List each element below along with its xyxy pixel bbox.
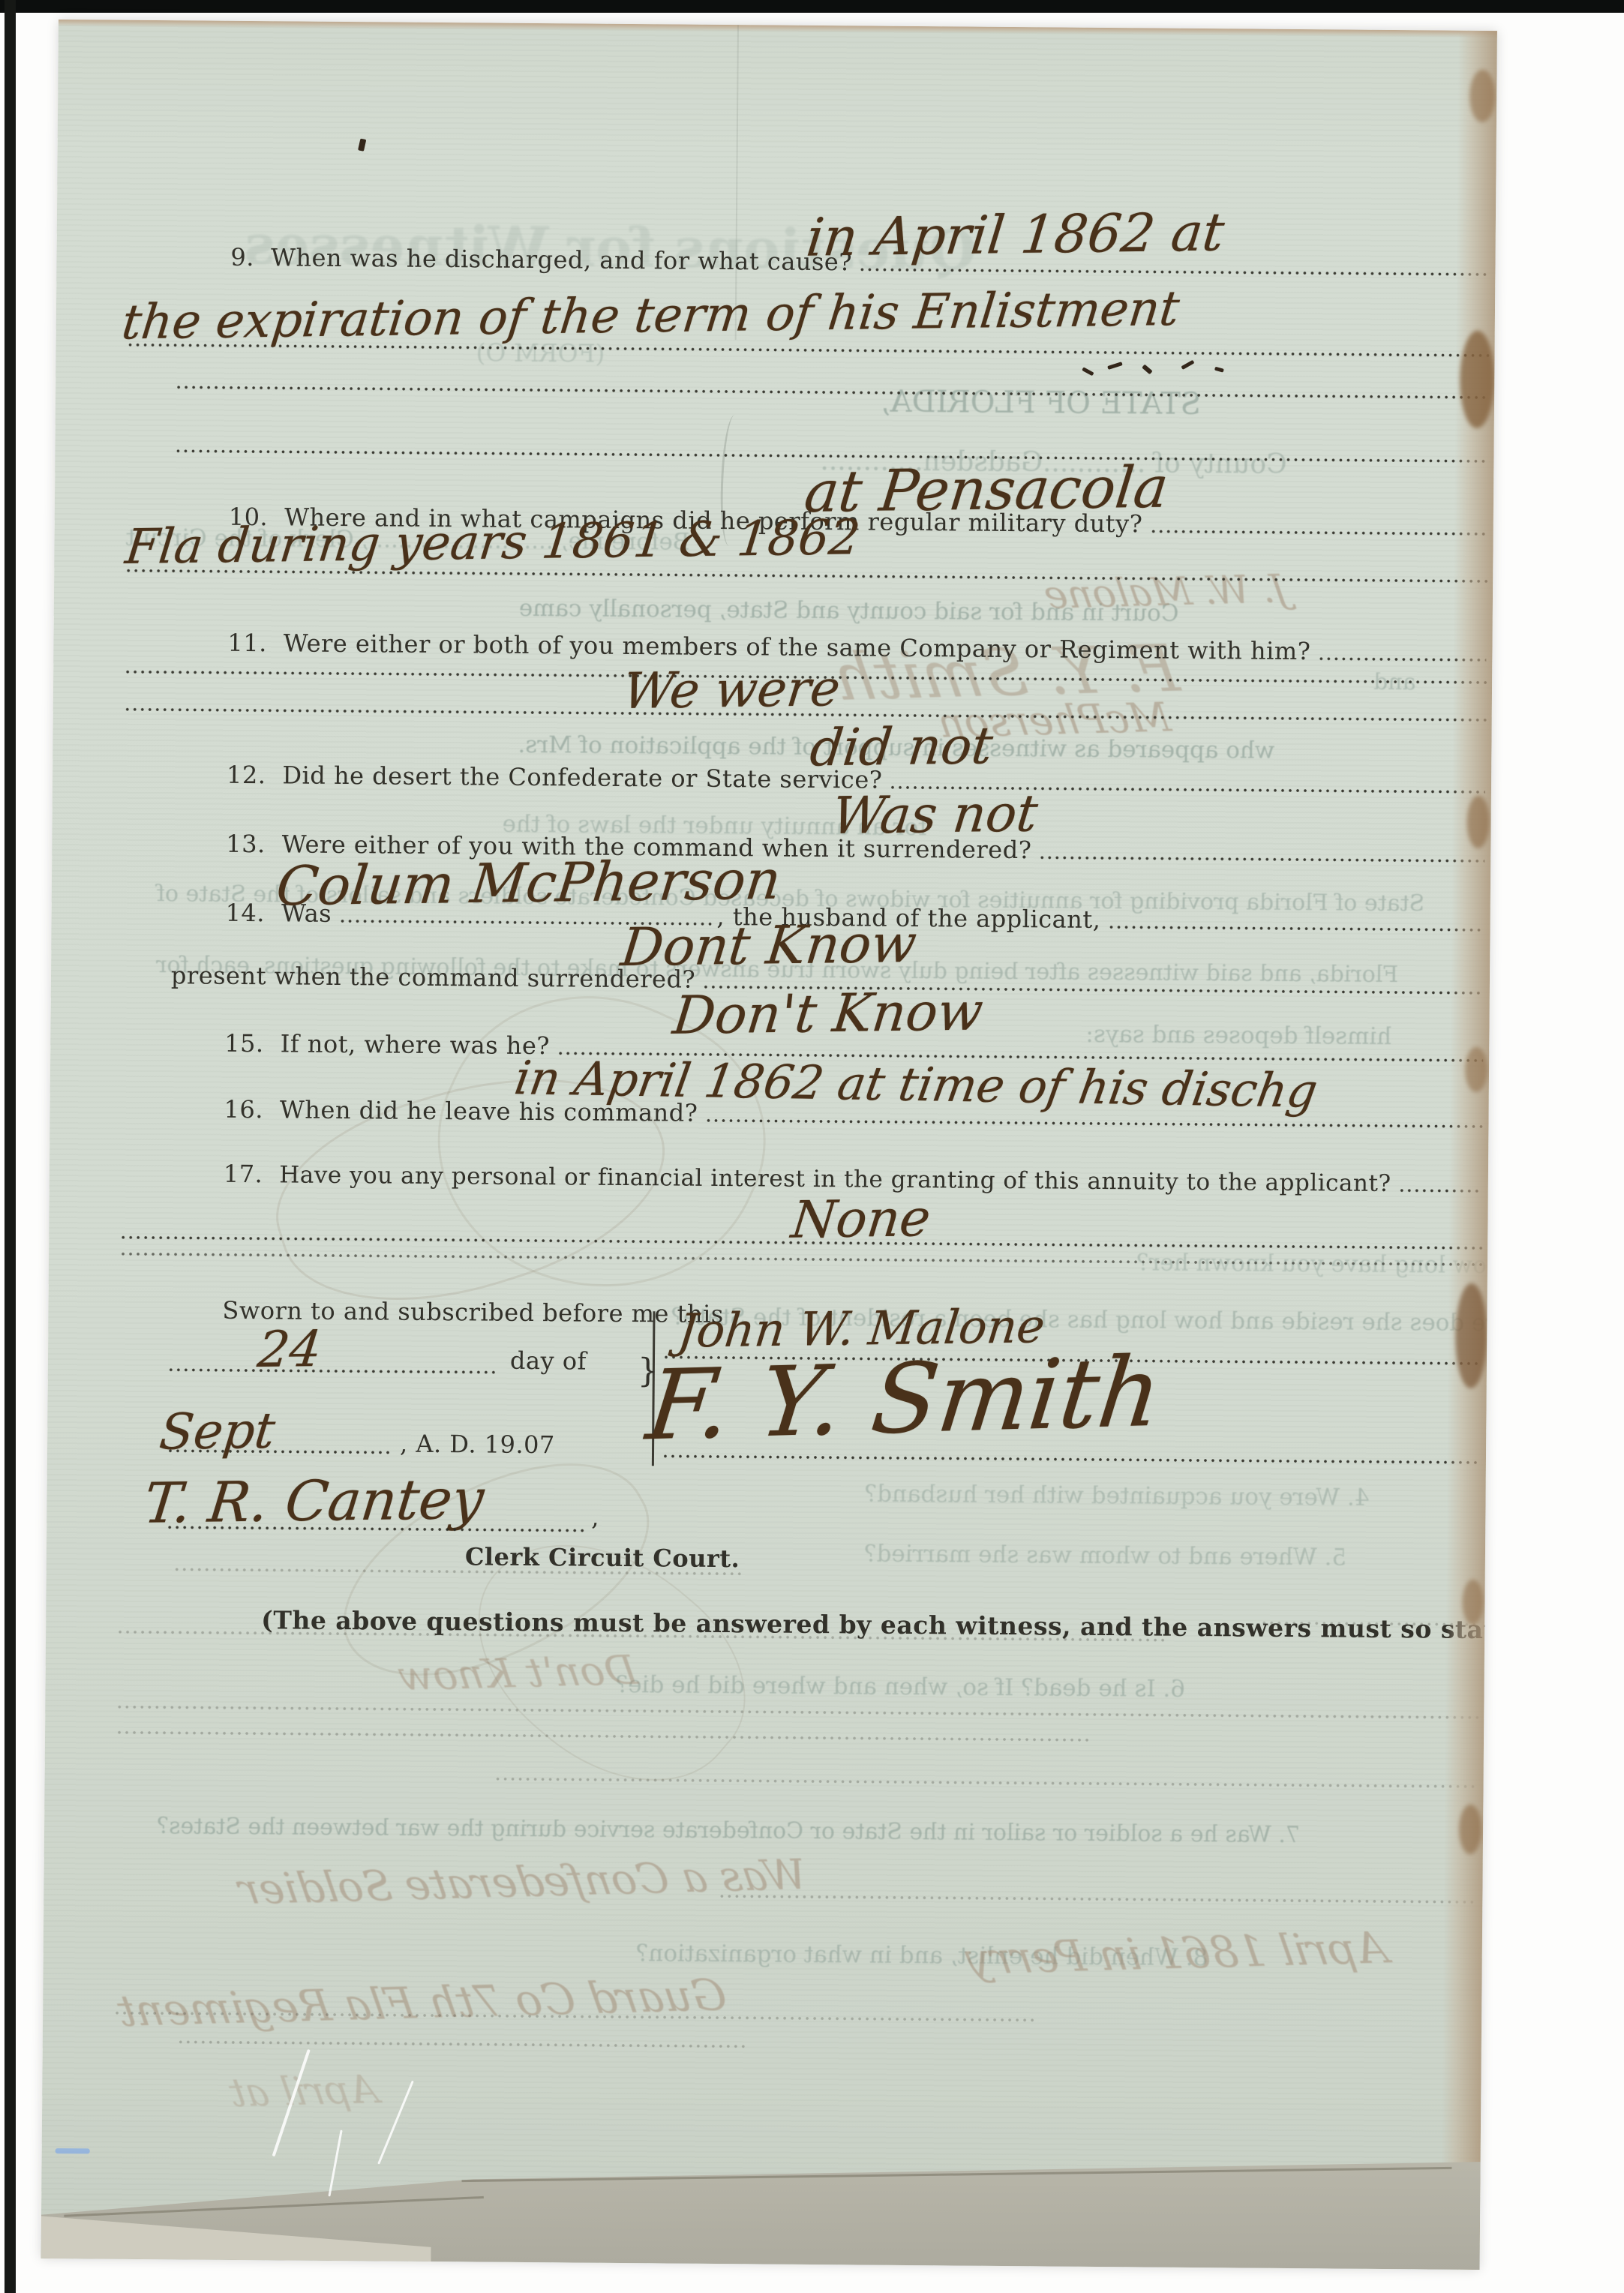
bleed-answer-8b: Guard Co 7th Fla Regiment xyxy=(114,1969,730,2036)
paper-top-edge xyxy=(59,20,1497,38)
ink-smudge xyxy=(1082,367,1094,376)
bleed-question-5: 5. Where and to whom was she married? xyxy=(864,1540,1347,1571)
ink-smudge xyxy=(1181,360,1194,370)
scan-color-artifact xyxy=(56,2148,90,2153)
scanner-edge-left xyxy=(5,0,16,2293)
dotted-leader xyxy=(1108,923,1484,933)
day-of-label: day of xyxy=(510,1346,587,1376)
handwritten-answer-9: in April 1862 at xyxy=(803,201,1227,268)
question-13-number: 13. xyxy=(226,830,266,858)
handwritten-answer-15: Don't Know xyxy=(670,980,986,1046)
scan-scratch xyxy=(328,2129,342,2196)
handwritten-answer-13: Was not xyxy=(829,784,1040,846)
dotted-leader xyxy=(705,1117,1482,1130)
answer-line xyxy=(176,383,1490,401)
ink-smudge xyxy=(1214,367,1224,373)
handwritten-month: Sept xyxy=(157,1402,278,1461)
dotted-leader xyxy=(860,266,1490,278)
question-17-number: 17. xyxy=(224,1160,263,1188)
handwritten-day: 24 xyxy=(255,1320,324,1379)
question-14-text-cont: present when the command surrendered? xyxy=(171,961,695,993)
bleed-answer-8c: April at xyxy=(227,2067,381,2116)
question-12-number: 12. xyxy=(227,761,266,789)
handwritten-answer-14: Dont Know xyxy=(618,913,920,978)
witness-signature-2: F. Y. Smith xyxy=(641,1336,1166,1462)
question-11-row: 11. Were either or both of you members o… xyxy=(227,629,1487,667)
handwritten-answer-10-cont: Fla during years 1861 & 1862 xyxy=(123,510,863,575)
question-15-text: If not, where was he? xyxy=(281,1029,551,1060)
day-line xyxy=(168,1366,498,1375)
year-label: , A. D. 19.07 xyxy=(400,1430,555,1460)
bleed-question-4: 4. Were you acquainted with her husband? xyxy=(864,1481,1369,1511)
question-14-number: 14. xyxy=(226,899,266,927)
question-12-text: Did he desert the Confederate or State s… xyxy=(282,761,882,794)
clerk-line-comma: , xyxy=(591,1503,599,1532)
pension-form-page: Questions for Witnesses (FORM O) STATE O… xyxy=(41,20,1497,2270)
scan-scratch xyxy=(377,2081,414,2165)
handwritten-answer-12: did not xyxy=(807,716,995,778)
dotted-leader xyxy=(1039,854,1484,864)
question-16-number: 16. xyxy=(224,1095,263,1124)
bleed-dotted-line xyxy=(719,1892,1478,1905)
scanner-edge-top xyxy=(0,0,1624,13)
bleed-dotted-line xyxy=(116,1703,1479,1721)
question-15-number: 15. xyxy=(224,1029,264,1058)
ink-speck xyxy=(358,139,366,152)
scanned-document: Questions for Witnesses (FORM O) STATE O… xyxy=(0,0,1624,2293)
handwritten-name-14: Colum McPherson xyxy=(273,848,784,917)
bleed-dotted-line xyxy=(178,2038,748,2049)
question-9-number: 9. xyxy=(230,243,254,272)
ink-smudge xyxy=(1142,365,1153,375)
handwritten-answer-11: We were xyxy=(620,659,843,720)
ink-smudge xyxy=(1107,362,1123,370)
question-11-number: 11. xyxy=(227,629,267,657)
bleed-answer-8a: April 1861 in Perry xyxy=(962,1922,1391,1984)
bleed-answer-7: Was a Confederate Soldier xyxy=(236,1850,810,1914)
handwritten-answer-9-cont: the expiration of the term of his Enlist… xyxy=(119,281,1182,351)
signature-line xyxy=(662,1452,1481,1466)
clerk-title: Clerk Circuit Court. xyxy=(465,1542,740,1573)
bleed-question-7: 7. Was he a soldier or sailor in the Sta… xyxy=(157,1813,1300,1848)
question-9-text: When was he discharged, and for what cau… xyxy=(271,243,852,276)
dotted-leader xyxy=(1150,527,1487,537)
